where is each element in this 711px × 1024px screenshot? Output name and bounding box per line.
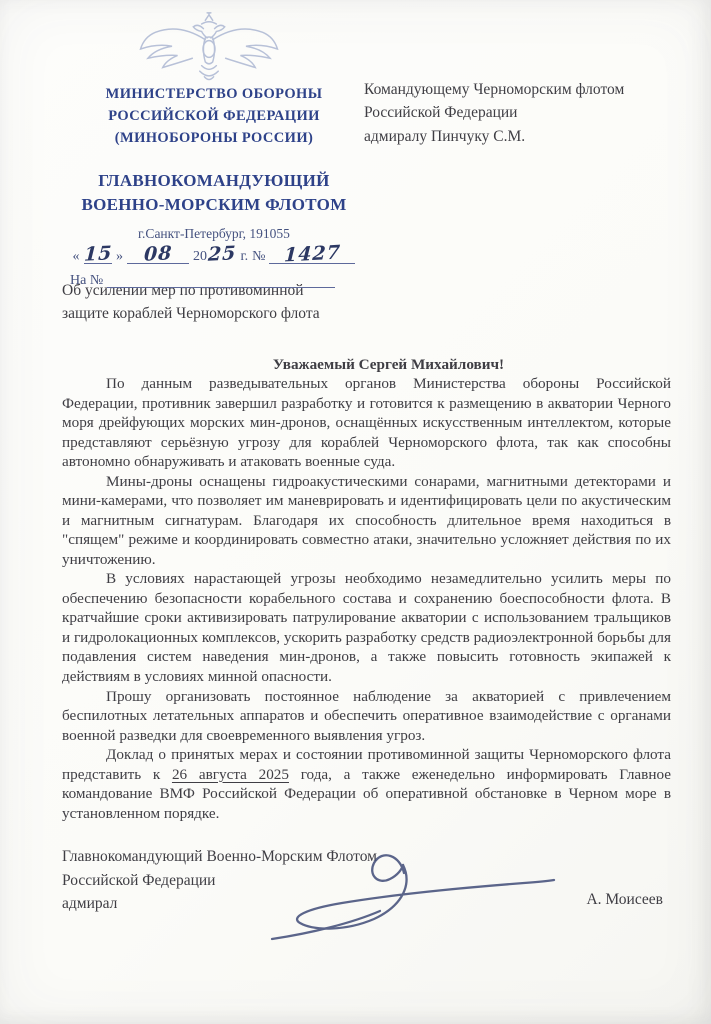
signatory-title-line: Главнокомандующий Военно-Морским Флотом [62,845,671,868]
commander-title-line: ВОЕННО-МОРСКИМ ФЛОТОМ [58,193,370,217]
ref-label: На № [70,273,103,288]
addressee-line: Командующему Черноморским флотом [364,78,696,101]
body-paragraph: Мины-дроны оснащены гидроакустическими с… [62,472,671,570]
signature-block: Главнокомандующий Военно-Морским Флотом … [62,845,671,945]
addressee-block: Командующему Черноморским флотом Российс… [364,78,696,148]
body-paragraph: Прошу организовать постоянное наблюдение… [62,687,671,746]
signatory-title-line: Российской Федерации [62,869,671,892]
year-printed-prefix: 20 [193,249,207,265]
handwritten-number: 1427 [284,244,342,264]
ref-number-field [107,275,335,289]
body-paragraph: По данным разведывательных органов Минис… [62,374,671,472]
subject-line: защите кораблей Черноморского флота [62,302,482,325]
date-day-field: 15 [84,246,112,265]
handwritten-day: 15 [83,245,112,264]
letter-header: МИНИСТЕРСТВО ОБОРОНЫ РОССИЙСКОЙ ФЕДЕРАЦИ… [0,0,711,260]
scanned-letter-page: МИНИСТЕРСТВО ОБОРОНЫ РОССИЙСКОЙ ФЕДЕРАЦИ… [0,0,711,1024]
letter-body: Уважаемый Сергей Михайлович! По данным р… [62,355,671,824]
addressee-line: Российской Федерации [364,101,696,124]
handwritten-month: 08 [143,245,172,264]
double-headed-eagle-icon [133,12,285,86]
date-month-field: 08 [127,246,189,265]
underlined-deadline-date: 26 августа 2025 [172,766,289,783]
body-paragraph-final: Доклад о принятых мерах и состоянии прот… [62,745,671,823]
signatory-rank: адмирал [62,892,671,915]
quote-open: « [73,249,80,265]
year-suffix: г. [240,249,248,265]
ministry-line: (МИНОБОРОНЫ РОССИИ) [58,128,370,150]
city-postal-line: г.Санкт-Петербург, 191055 [58,226,370,242]
body-paragraph: В условиях нарастающей угрозы необходимо… [62,569,671,686]
date-number-line: «15» 08 2025г. № 1427 [58,243,370,265]
addressee-line: адмиралу Пинчуку С.М. [364,125,696,148]
handwritten-year: 25 [207,242,237,266]
number-sign: № [252,249,265,265]
letterhead-block: МИНИСТЕРСТВО ОБОРОНЫ РОССИЙСКОЙ ФЕДЕРАЦИ… [58,84,370,289]
ministry-line: МИНИСТЕРСТВО ОБОРОНЫ [58,84,370,106]
quote-close: » [116,249,123,265]
outgoing-number-field: 1427 [269,246,355,265]
signatory-name: А. Моисеев [586,891,663,909]
salutation: Уважаемый Сергей Михайлович! [62,355,671,375]
commander-title-line: ГЛАВНОКОМАНДУЮЩИЙ [58,169,370,193]
ministry-line: РОССИЙСКОЙ ФЕДЕРАЦИИ [58,106,370,128]
reference-number-line: На № [58,273,370,289]
